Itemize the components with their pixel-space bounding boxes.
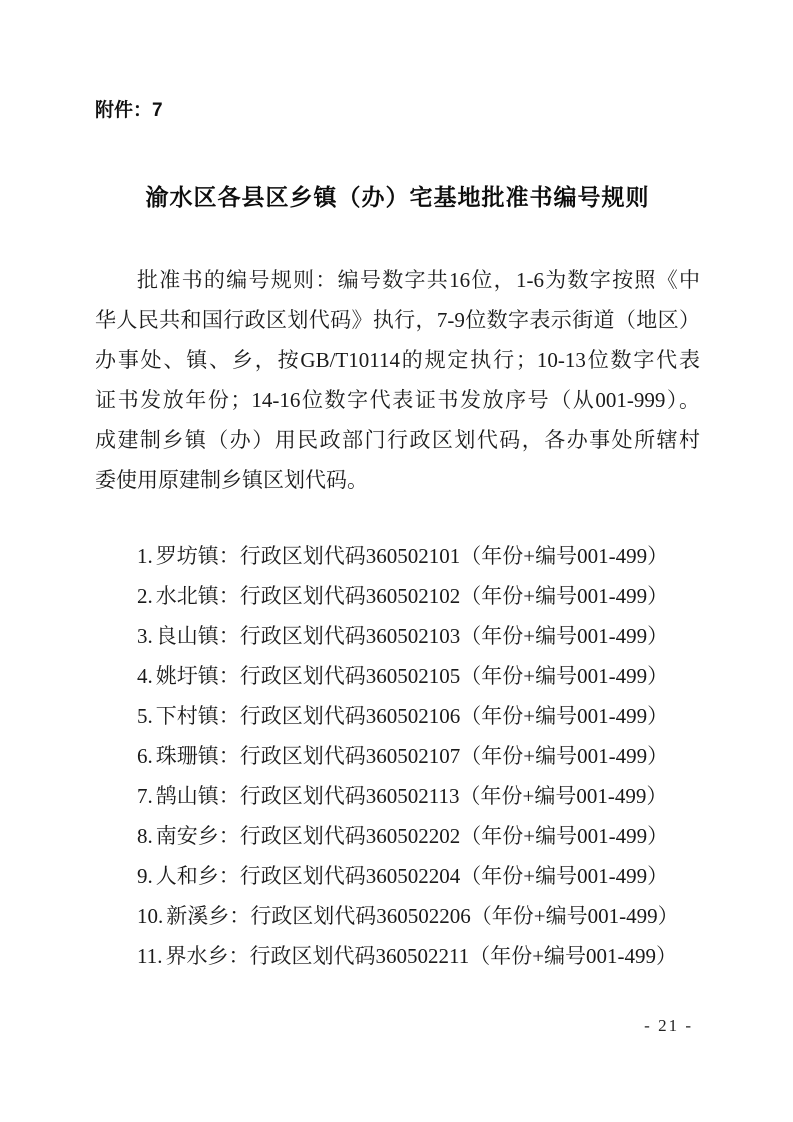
town-name: 南安乡： xyxy=(156,824,240,848)
number-range: （年份+编号001-499） xyxy=(460,544,668,568)
number-range: （年份+编号001-499） xyxy=(460,664,668,688)
division-code: 360502204 xyxy=(366,864,461,888)
item-number: 11. xyxy=(137,944,165,968)
list-item: 1.罗坊镇：行政区划代码360502101（年份+编号001-499） xyxy=(95,536,700,576)
item-number: 8. xyxy=(137,824,156,848)
number-range: （年份+编号001-499） xyxy=(460,864,668,888)
code-label: 行政区划代码 xyxy=(240,664,366,688)
division-code: 360502105 xyxy=(366,664,461,688)
item-number: 5. xyxy=(137,704,156,728)
town-name: 姚圩镇： xyxy=(156,664,240,688)
page-number: - 21 - xyxy=(644,1016,693,1036)
code-label: 行政区划代码 xyxy=(240,784,366,808)
list-item: 5.下村镇：行政区划代码360502106（年份+编号001-499） xyxy=(95,696,700,736)
attachment-label: 附件：7 xyxy=(95,0,700,125)
town-name: 新溪乡： xyxy=(166,904,250,928)
division-code: 360502211 xyxy=(375,944,469,968)
code-label: 行政区划代码 xyxy=(240,744,366,768)
town-name: 罗坊镇： xyxy=(156,544,240,568)
paragraph-line: 成建制乡镇（办）用民政部门行政区划代码，各办事处所辖村 xyxy=(95,420,700,460)
page-content: 附件：7 渝水区各县区乡镇（办）宅基地批准书编号规则 批准书的编号规则：编号数字… xyxy=(0,0,793,976)
code-label: 行政区划代码 xyxy=(250,904,376,928)
town-code-list: 1.罗坊镇：行政区划代码360502101（年份+编号001-499） 2.水北… xyxy=(95,536,700,976)
paragraph-line: 委使用原建制乡镇区划代码。 xyxy=(95,460,700,500)
town-name: 界水乡： xyxy=(165,944,249,968)
list-item: 10.新溪乡：行政区划代码360502206（年份+编号001-499） xyxy=(95,896,700,936)
number-range: （年份+编号001-499） xyxy=(460,824,668,848)
division-code: 360502202 xyxy=(366,824,461,848)
town-name: 良山镇： xyxy=(156,624,240,648)
number-range: （年份+编号001-499） xyxy=(471,904,679,928)
document-page: 附件：7 渝水区各县区乡镇（办）宅基地批准书编号规则 批准书的编号规则：编号数字… xyxy=(0,0,793,1122)
number-range: （年份+编号001-499） xyxy=(460,704,668,728)
code-label: 行政区划代码 xyxy=(240,544,366,568)
town-name: 下村镇： xyxy=(156,704,240,728)
number-range: （年份+编号001-499） xyxy=(460,624,668,648)
list-item: 11.界水乡：行政区划代码360502211（年份+编号001-499） xyxy=(95,936,700,976)
item-number: 2. xyxy=(137,584,156,608)
paragraph-line: 华人民共和国行政区划代码》执行，7-9位数字表示街道（地区） xyxy=(95,300,700,340)
list-item: 7.鹄山镇：行政区划代码360502113（年份+编号001-499） xyxy=(95,776,700,816)
division-code: 360502101 xyxy=(366,544,461,568)
town-name: 珠珊镇： xyxy=(156,744,240,768)
number-range: （年份+编号001-499） xyxy=(460,584,668,608)
division-code: 360502102 xyxy=(366,584,461,608)
number-range: （年份+编号001-499） xyxy=(469,944,677,968)
number-range: （年份+编号001-499） xyxy=(460,744,668,768)
item-number: 6. xyxy=(137,744,156,768)
item-number: 7. xyxy=(137,784,156,808)
division-code: 360502103 xyxy=(366,624,461,648)
list-item: 4.姚圩镇：行政区划代码360502105（年份+编号001-499） xyxy=(95,656,700,696)
code-label: 行政区划代码 xyxy=(240,704,366,728)
item-number: 1. xyxy=(137,544,156,568)
division-code: 360502206 xyxy=(376,904,471,928)
list-item: 3.良山镇：行政区划代码360502103（年份+编号001-499） xyxy=(95,616,700,656)
code-label: 行政区划代码 xyxy=(240,584,366,608)
paragraph-line: 证书发放年份；14-16位数字代表证书发放序号（从001-999）。 xyxy=(95,380,700,420)
town-name: 鹄山镇： xyxy=(156,784,240,808)
page-title: 渝水区各县区乡镇（办）宅基地批准书编号规则 xyxy=(95,181,700,215)
code-label: 行政区划代码 xyxy=(240,624,366,648)
item-number: 3. xyxy=(137,624,156,648)
item-number: 4. xyxy=(137,664,156,688)
town-name: 水北镇： xyxy=(156,584,240,608)
list-item: 8.南安乡：行政区划代码360502202（年份+编号001-499） xyxy=(95,816,700,856)
division-code: 360502113 xyxy=(366,784,460,808)
rules-paragraph: 批准书的编号规则：编号数字共16位，1-6为数字按照《中 华人民共和国行政区划代… xyxy=(95,260,700,500)
code-label: 行政区划代码 xyxy=(240,864,366,888)
number-range: （年份+编号001-499） xyxy=(459,784,667,808)
item-number: 10. xyxy=(137,904,166,928)
item-number: 9. xyxy=(137,864,156,888)
list-item: 6.珠珊镇：行政区划代码360502107（年份+编号001-499） xyxy=(95,736,700,776)
division-code: 360502107 xyxy=(366,744,461,768)
list-item: 9.人和乡：行政区划代码360502204（年份+编号001-499） xyxy=(95,856,700,896)
division-code: 360502106 xyxy=(366,704,461,728)
town-name: 人和乡： xyxy=(156,864,240,888)
paragraph-line: 办事处、镇、乡，按GB/T10114的规定执行；10-13位数字代表 xyxy=(95,340,700,380)
list-item: 2.水北镇：行政区划代码360502102（年份+编号001-499） xyxy=(95,576,700,616)
code-label: 行政区划代码 xyxy=(240,824,366,848)
paragraph-line: 批准书的编号规则：编号数字共16位，1-6为数字按照《中 xyxy=(95,260,700,300)
code-label: 行政区划代码 xyxy=(249,944,375,968)
